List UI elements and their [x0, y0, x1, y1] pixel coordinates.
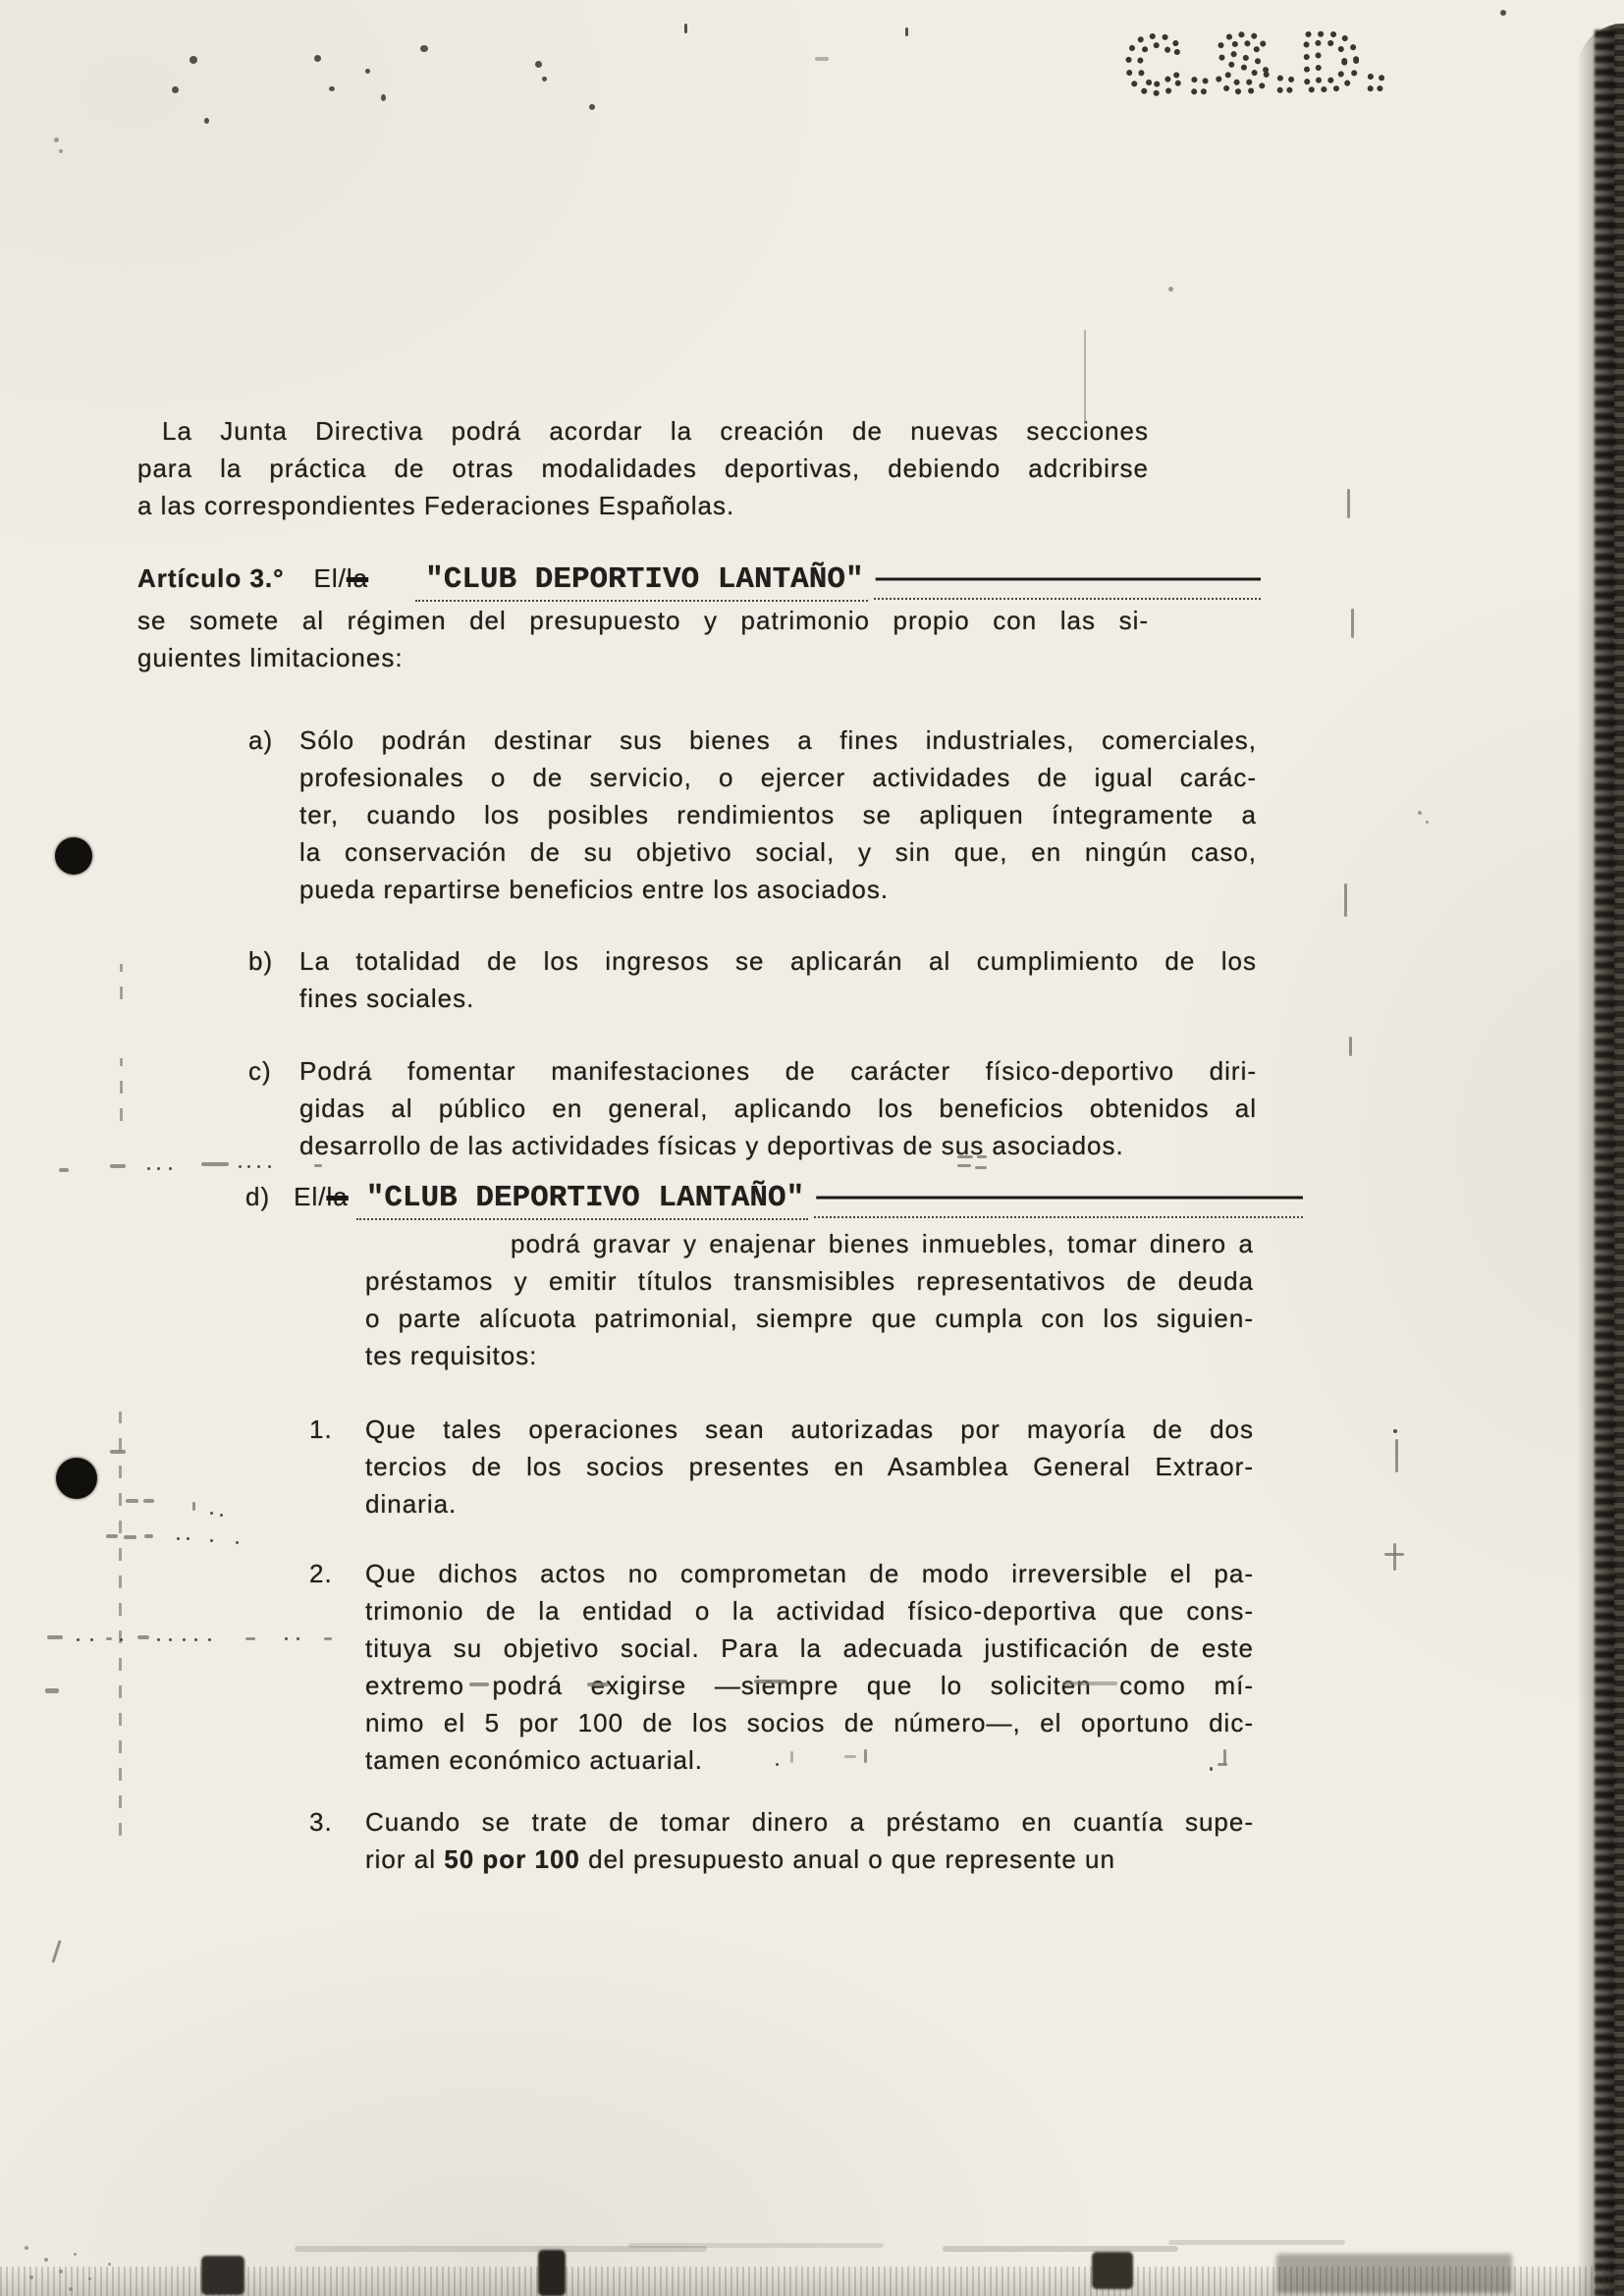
- pencil-dot: [210, 1539, 213, 1542]
- club-name-typed: "CLUB DEPORTIVO LANTAÑO": [356, 1181, 808, 1220]
- pronoun-el-la: El/la: [314, 563, 369, 594]
- pencil-mark: [957, 1164, 971, 1167]
- pencil-dot: [220, 1514, 223, 1517]
- text-line: se somete al régimen del presupuesto y p…: [137, 602, 1149, 639]
- ink-speck: [54, 137, 59, 142]
- pencil-dot: [120, 1638, 123, 1641]
- ink-speck: [535, 61, 542, 68]
- margin-tick: [1395, 1439, 1398, 1472]
- text-line: tituya su objetivo social. Para la adecu…: [365, 1629, 1254, 1667]
- text-line: pueda repartirse beneficios entre los as…: [299, 871, 1257, 908]
- bold-50-por-100: 50 por 100: [444, 1844, 580, 1874]
- pencil-mark: [106, 1637, 112, 1640]
- ink-speck: [905, 27, 908, 36]
- list-item-c: Podrá fomentar manifestaciones de caráct…: [299, 1052, 1257, 1164]
- ink-speck: [684, 24, 687, 33]
- ink-speck: [172, 86, 179, 93]
- text-line: para la práctica de otras modalidades de…: [137, 450, 1149, 487]
- article-label: Artículo 3.°: [137, 563, 285, 594]
- text-line: tes requisitos:: [365, 1337, 1254, 1374]
- text-line: rior al 50 por 100 del presupuesto anual…: [365, 1841, 1254, 1878]
- article-3-continuation: se somete al régimen del presupuesto y p…: [137, 602, 1149, 676]
- pencil-dot: [177, 1537, 180, 1540]
- speck: [108, 2263, 111, 2266]
- pencil-mark: [51, 1940, 61, 1963]
- speck: [88, 2277, 91, 2280]
- text-line: gidas al público en general, aplicando l…: [299, 1090, 1257, 1127]
- speck: [74, 2253, 77, 2256]
- speck: [59, 2269, 63, 2273]
- scanned-document-page: C.S.D. La Junta Directiva podrá acordar …: [0, 0, 1624, 2296]
- pencil-dot: [147, 1167, 150, 1170]
- pencil-dot: [268, 1165, 271, 1168]
- pencil-dot: [210, 1512, 213, 1515]
- text-line: o parte alícuota patrimonial, siempre qu…: [365, 1300, 1254, 1337]
- pronoun-prefix: El/: [294, 1182, 326, 1211]
- text-line: desarrollo de las actividades físicas y …: [299, 1127, 1257, 1164]
- margin-tick: [1393, 1543, 1396, 1571]
- margin-tick: [1344, 883, 1347, 917]
- list-label-d: d): [245, 1182, 270, 1212]
- text-line: Podrá fomentar manifestaciones de caráct…: [299, 1052, 1257, 1090]
- pencil-mark: [59, 1168, 69, 1172]
- numbered-item-3: Cuando se trate de tomar dinero a présta…: [365, 1803, 1254, 1878]
- pencil-mark: [144, 1534, 153, 1538]
- ink-speck: [1418, 811, 1422, 815]
- pencil-dot: [187, 1537, 189, 1540]
- pencil-dot: [208, 1638, 211, 1641]
- csd-perforation-stamp: C.S.D.: [1118, 11, 1425, 118]
- article-3-heading-line: Artículo 3.° El/la "CLUB DEPORTIVO LANTA…: [137, 561, 1261, 607]
- pencil-dot: [257, 1165, 260, 1168]
- text-line: guientes limitaciones:: [137, 639, 1149, 676]
- numbered-label-1: 1.: [309, 1411, 333, 1448]
- pronoun-struck-la: la: [326, 1182, 348, 1211]
- text-line: La Junta Directiva podrá acordar la crea…: [137, 412, 1149, 450]
- stamp-text: C.S.D.: [1124, 17, 1392, 111]
- pencil-mark: [314, 1164, 322, 1167]
- text-line: La totalidad de los ingresos se aplicará…: [299, 942, 1257, 980]
- pencil-dot: [90, 1638, 93, 1641]
- pencil-dot: [77, 1638, 80, 1641]
- text-line: profesionales o de servicio, o ejercer a…: [299, 759, 1257, 796]
- pencil-dot: [247, 1165, 250, 1168]
- ink-speck: [420, 45, 428, 52]
- numbered-label-3: 3.: [309, 1803, 333, 1841]
- text-line: nimo el 5 por 100 de los socios de númer…: [365, 1704, 1254, 1741]
- text-line: Que dichos actos no comprometan de modo …: [365, 1555, 1254, 1592]
- ink-speck: [329, 86, 335, 91]
- pencil-dot: [776, 1763, 779, 1766]
- margin-tick: [1349, 1037, 1352, 1056]
- pencil-dot: [157, 1638, 160, 1641]
- pronoun-prefix: El/: [314, 563, 347, 593]
- pencil-mark: [201, 1162, 229, 1166]
- smudge: [943, 2246, 1178, 2252]
- list-item-d-heading-line: d) El/la "CLUB DEPORTIVO LANTAÑO" ——————…: [245, 1180, 1303, 1225]
- ink-blob: [201, 2256, 244, 2295]
- margin-tick: [1347, 489, 1350, 518]
- pencil-mark: [864, 1749, 867, 1763]
- smudge: [628, 2243, 884, 2248]
- club-name-typed: "CLUB DEPORTIVO LANTAÑO": [415, 562, 867, 602]
- text-line: Sólo podrán destinar sus bienes a fines …: [299, 721, 1257, 759]
- pencil-mark: [1218, 1763, 1227, 1766]
- pencil-mark: [977, 1155, 987, 1158]
- speck: [29, 2275, 33, 2279]
- ink-speck: [204, 118, 209, 124]
- list-label-a: a): [248, 721, 273, 759]
- pencil-mark: [126, 1499, 138, 1503]
- fold-line: [119, 1412, 122, 1836]
- pronoun-el-la: El/la: [294, 1182, 349, 1212]
- ink-speck: [381, 94, 386, 101]
- pencil-mark: [844, 1755, 856, 1758]
- margin-tick: [1384, 1553, 1404, 1556]
- speck: [69, 2287, 73, 2291]
- pencil-strike: [469, 1682, 489, 1686]
- pencil-dot: [157, 1167, 160, 1170]
- text-line: tercios de los socios presentes en Asamb…: [365, 1448, 1254, 1485]
- text-line: trimonio de la entidad o la actividad fí…: [365, 1592, 1254, 1629]
- text-segment: del presupuesto anual o que represente u…: [580, 1844, 1115, 1874]
- text-line: fines sociales.: [299, 980, 1257, 1017]
- pencil-dot: [285, 1637, 288, 1640]
- numbered-label-2: 2.: [309, 1555, 333, 1592]
- pencil-dot: [194, 1638, 197, 1641]
- typed-dash-fill: ———————————————: [874, 561, 1261, 600]
- list-item-d-paragraph: podrá gravar y enajenar bienes inmuebles…: [365, 1225, 1254, 1374]
- text-line: extremo podrá exigirse —siempre que lo s…: [365, 1667, 1254, 1704]
- typed-dash-fill: ———————————————————: [814, 1180, 1303, 1218]
- pencil-mark: [815, 57, 829, 61]
- list-label-b: b): [248, 942, 273, 980]
- pencil-strike: [1062, 1682, 1117, 1685]
- text-line: la conservación de su objetivo social, y…: [299, 833, 1257, 871]
- ink-speck: [59, 149, 63, 153]
- pronoun-struck-la: la: [347, 563, 368, 593]
- pencil-mark: [124, 1535, 136, 1539]
- text-segment: rior al: [365, 1844, 444, 1874]
- pencil-dot: [239, 1165, 242, 1168]
- binding-shadow: [1577, 24, 1624, 2296]
- smudge: [1276, 2254, 1512, 2293]
- punch-hole-bottom: [56, 1458, 97, 1499]
- intro-paragraph: La Junta Directiva podrá acordar la crea…: [137, 412, 1149, 524]
- pencil-dot: [169, 1167, 172, 1170]
- ink-speck: [189, 56, 197, 64]
- margin-tick: [1084, 330, 1086, 424]
- punch-hole-top: [55, 837, 92, 875]
- pencil-dot: [1210, 1767, 1213, 1771]
- pencil-mark: [143, 1499, 154, 1503]
- pencil-dot: [236, 1541, 239, 1544]
- ink-speck: [1393, 1429, 1397, 1433]
- margin-tick: [1351, 609, 1354, 638]
- ink-speck: [314, 55, 321, 62]
- pencil-mark: [957, 1155, 973, 1158]
- list-item-b: La totalidad de los ingresos se aplicará…: [299, 942, 1257, 1017]
- pencil-mark: [790, 1751, 793, 1763]
- binding-shadow-core: [1595, 29, 1616, 2296]
- fold-line: [120, 1058, 123, 1121]
- ink-speck: [1500, 10, 1506, 16]
- text-line: Cuando se trate de tomar dinero a présta…: [365, 1803, 1254, 1841]
- list-item-a: Sólo podrán destinar sus bienes a fines …: [299, 721, 1257, 908]
- pencil-mark: [324, 1637, 332, 1640]
- pencil-mark: [106, 1534, 118, 1538]
- speck: [25, 2246, 28, 2250]
- pencil-mark: [45, 1688, 59, 1693]
- text-line: dinaria.: [365, 1485, 1254, 1522]
- ink-blob: [1092, 2252, 1133, 2289]
- list-label-c: c): [248, 1052, 272, 1090]
- smudge: [1168, 2240, 1345, 2245]
- ink-speck: [1168, 287, 1173, 292]
- pencil-mark: [47, 1635, 63, 1639]
- pencil-mark: [975, 1166, 987, 1169]
- text-line: a las correspondientes Federaciones Espa…: [137, 487, 1149, 524]
- ink-speck: [589, 104, 595, 110]
- ink-speck: [365, 69, 370, 74]
- pencil-strike: [754, 1680, 787, 1683]
- ink-speck: [1426, 821, 1429, 824]
- fold-line: [120, 964, 123, 999]
- pencil-mark: [137, 1635, 149, 1639]
- text-line: Que tales operaciones sean autorizadas p…: [365, 1411, 1254, 1448]
- pencil-mark: [110, 1450, 126, 1454]
- numbered-item-2: Que dichos actos no comprometan de modo …: [365, 1555, 1254, 1779]
- pencil-mark: [245, 1637, 255, 1640]
- numbered-item-1: Que tales operaciones sean autorizadas p…: [365, 1411, 1254, 1522]
- pencil-mark: [110, 1164, 126, 1168]
- pencil-strike: [587, 1682, 609, 1686]
- page-edge-texture: [1614, 24, 1624, 2296]
- text-line: préstamos y emitir títulos transmisibles…: [365, 1262, 1254, 1300]
- pencil-dot: [169, 1638, 172, 1641]
- ink-blob: [538, 2250, 566, 2296]
- text-line: tamen económico actuarial.: [365, 1741, 1254, 1779]
- ink-speck: [542, 77, 547, 81]
- pencil-mark: [192, 1502, 195, 1511]
- pencil-dot: [183, 1638, 186, 1641]
- text-line: ter, cuando los posibles rendimientos se…: [299, 796, 1257, 833]
- speck: [44, 2258, 48, 2262]
- pencil-dot: [297, 1637, 299, 1640]
- text-line: podrá gravar y enajenar bienes inmuebles…: [365, 1225, 1254, 1262]
